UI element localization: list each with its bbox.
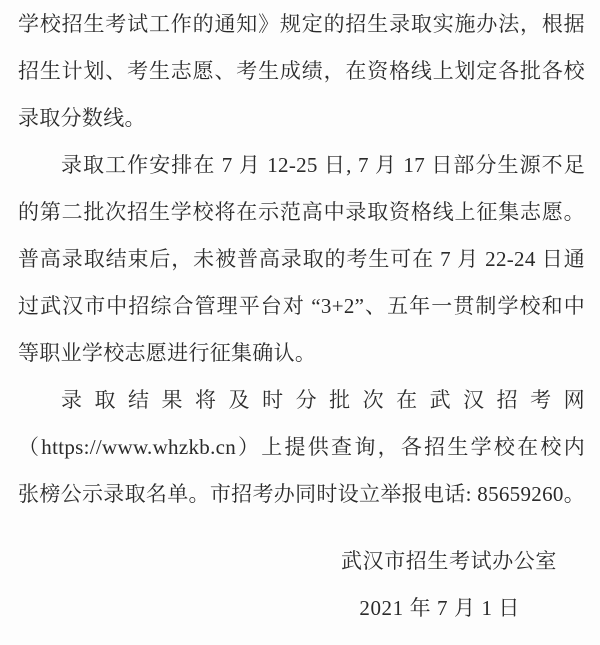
- document-line: 学校招生考试工作的通知》规定的招生录取实施办法，根据: [18, 1, 585, 48]
- signature-block: 武汉市招生考试办公室 2021 年 7 月 1 日: [18, 538, 585, 632]
- document-date: 2021 年 7 月 1 日: [18, 585, 585, 632]
- document-line: 招生计划、考生志愿、考生成绩，在资格线上划定各批各校: [18, 48, 585, 95]
- document-line: 录取工作安排在 7 月 12-25 日, 7 月 17 日部分生源不足: [18, 142, 585, 189]
- document-body: 学校招生考试工作的通知》规定的招生录取实施办法，根据 招生计划、考生志愿、考生成…: [18, 1, 585, 518]
- document-page: 学校招生考试工作的通知》规定的招生录取实施办法，根据 招生计划、考生志愿、考生成…: [0, 0, 600, 645]
- document-line: 张榜公示录取名单。市招考办同时设立举报电话: 85659260。: [18, 471, 585, 518]
- document-line: 等职业学校志愿进行征集确认。: [18, 330, 585, 377]
- document-line: 普高录取结束后，未被普高录取的考生可在 7 月 22-24 日通: [18, 236, 585, 283]
- signature: 武汉市招生考试办公室: [18, 538, 585, 585]
- document-line-url: （https://www.whzkb.cn）上提供查询，各招生学校在校内: [18, 424, 585, 471]
- document-line: 录取分数线。: [18, 95, 585, 142]
- document-line: 过武汉市中招综合管理平台对 “3+2”、五年一贯制学校和中: [18, 283, 585, 330]
- document-line: 的第二批次招生学校将在示范高中录取资格线上征集志愿。: [18, 189, 585, 236]
- document-line-spread: 录取结果将及时分批次在武汉招考网: [18, 377, 585, 424]
